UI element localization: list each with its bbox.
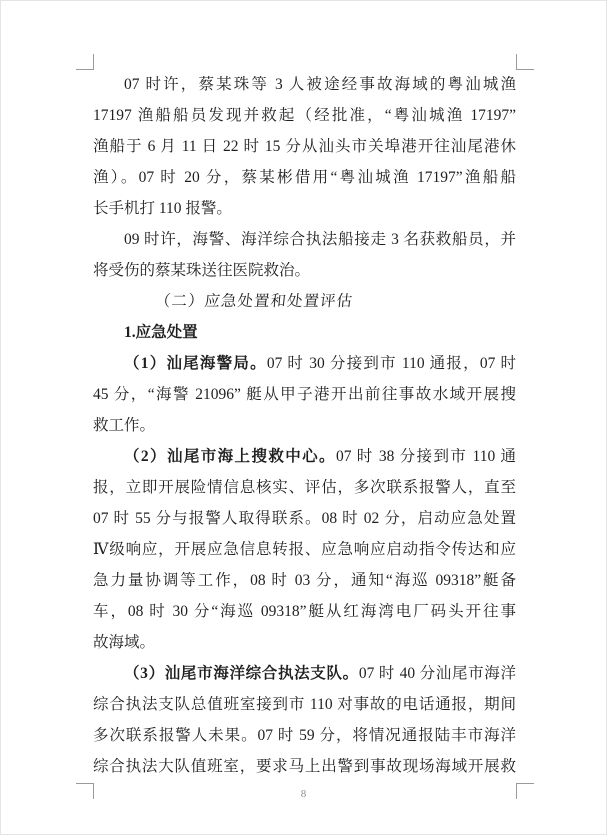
document-line: （3）汕尾市海洋综合执法支队。07 时 40 分汕尾市海洋 bbox=[93, 658, 516, 689]
run-bold: （1）汕尾海警局。 bbox=[124, 355, 267, 372]
document-line: 渔船于 6 月 11 日 22 时 15 分从汕头市关埠港开往汕尾港休 bbox=[93, 131, 516, 162]
section-heading-text: （二）应急处置和处置评估 bbox=[122, 286, 354, 317]
document-line: 车，08 时 30 分“海巡 09318”艇从红海湾电厂码头开往事 bbox=[93, 596, 516, 627]
run-text: 07 时 38 分接到市 110 通 bbox=[336, 448, 516, 465]
page-number: 8 bbox=[1, 787, 606, 801]
run-bold: （2）汕尾市海上搜救中心。 bbox=[124, 448, 336, 465]
document-body: 07 时许，蔡某珠等 3 人被途经事故海域的粤汕城渔 17197 渔船船员发现并… bbox=[93, 69, 516, 782]
document-line: 17197 渔船船员发现并救起（经批准，“粤汕城渔 17197” bbox=[93, 100, 516, 131]
run-text: 07 时 40 分汕尾市海洋 bbox=[359, 665, 516, 682]
subsection-heading: 1.应急处置 bbox=[93, 317, 516, 348]
document-line: （2）汕尾市海上搜救中心。07 时 38 分接到市 110 通 bbox=[93, 441, 516, 472]
margin-crop-mark-top-left bbox=[76, 54, 94, 70]
document-line: （1）汕尾海警局。07 时 30 分接到市 110 通报，07 时 bbox=[93, 348, 516, 379]
document-page: 07 时许，蔡某珠等 3 人被途经事故海域的粤汕城渔 17197 渔船船员发现并… bbox=[0, 0, 607, 835]
document-line: 综合执法大队值班室，要求马上出警到事故现场海域开展救 bbox=[93, 751, 516, 782]
document-line: 将受伤的蔡某珠送往医院救治。 bbox=[93, 255, 516, 286]
document-line: 综合执法支队总值班室接到市 110 对事故的电话通报，期间 bbox=[93, 689, 516, 720]
margin-crop-mark-top-right bbox=[516, 54, 534, 70]
section-heading: （二）应急处置和处置评估 bbox=[93, 286, 516, 317]
document-line: 09 时许，海警、海洋综合执法船接走 3 名获救船员，并 bbox=[93, 224, 516, 255]
document-line: 多次联系报警人未果。07 时 59 分，将情况通报陆丰市海洋 bbox=[93, 720, 516, 751]
document-line: 报，立即开展险情信息核实、评估，多次联系报警人，直至 bbox=[93, 472, 516, 503]
document-line: 长手机打 110 报警。 bbox=[93, 193, 516, 224]
document-line: 07 时许，蔡某珠等 3 人被途经事故海域的粤汕城渔 bbox=[93, 69, 516, 100]
run-bold: （3）汕尾市海洋综合执法支队。 bbox=[124, 665, 359, 682]
document-line: Ⅳ级响应，开展应急信息转报、应急响应启动指令传达和应 bbox=[93, 534, 516, 565]
document-line: 45 分，“海警 21096” 艇从甲子港开出前往事故水域开展搜 bbox=[93, 379, 516, 410]
document-line: 救工作。 bbox=[93, 410, 516, 441]
document-line: 故海域。 bbox=[93, 627, 516, 658]
document-line: 渔）。07 时 20 分，蔡某彬借用“粤汕城渔 17197”渔船船 bbox=[93, 162, 516, 193]
document-line: 急力量协调等工作，08 时 03 分，通知“海巡 09318”艇备 bbox=[93, 565, 516, 596]
run-text: 07 时 30 分接到市 110 通报，07 时 bbox=[267, 355, 516, 372]
document-line: 07 时 55 分与报警人取得联系。08 时 02 分，启动应急处置 bbox=[93, 503, 516, 534]
